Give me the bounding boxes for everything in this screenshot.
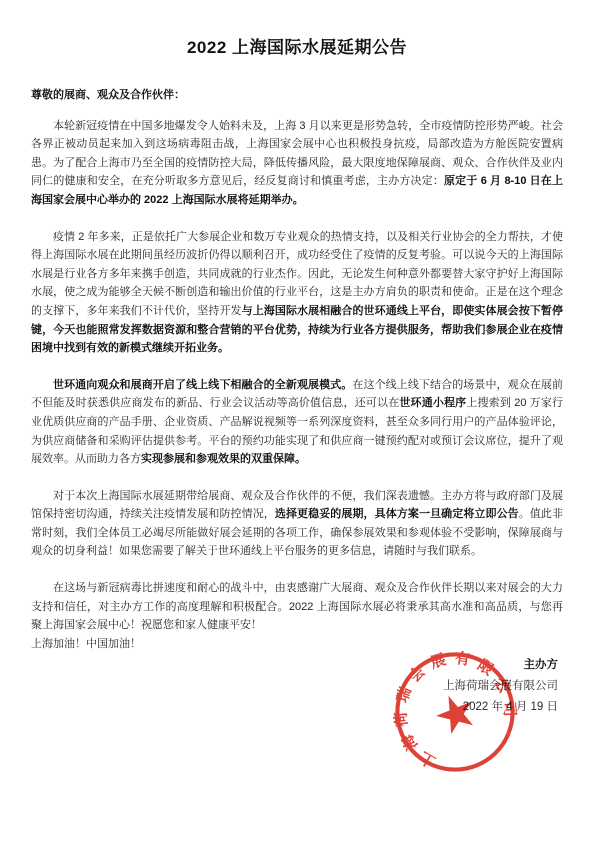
text-run-bold: 实现参展和参观效果的双重保障。: [141, 453, 306, 465]
signature-date: 2022 年 4 月 19 日: [443, 697, 558, 718]
announcement-page: 2022 上海国际水展延期公告 尊敬的展商、观众及合作伙伴： 本轮新冠疫情在中国…: [0, 0, 595, 842]
salutation: 尊敬的展商、观众及合作伙伴：: [31, 86, 563, 105]
paragraph-1: 本轮新冠疫情在中国多地爆发令人始料未及，上海 3 月以来更是形势急转，全市疫情防…: [31, 117, 563, 210]
paragraph-3: 世环通向观众和展商开启了线上线下相融合的全新观展模式。在这个线上线下结合的场景中…: [31, 376, 563, 469]
signature-block: 主办方 上海荷瑞会展有限公司 2022 年 4 月 19 日: [443, 655, 558, 718]
signature-company: 上海荷瑞会展有限公司: [443, 676, 558, 697]
text-run: 在这场与新冠病毒比拼速度和耐心的战斗中，由衷感谢广大展商、观众及合作伙伴长期以来…: [31, 582, 563, 631]
page-title: 2022 上海国际水展延期公告: [31, 36, 563, 60]
text-run-bold: 世环通向观众和展商开启了线上线下相融合的全新观展模式。: [53, 379, 352, 391]
signature-role: 主办方: [443, 655, 558, 676]
closing-slogan: 上海加油！中国加油！: [31, 635, 563, 654]
text-run-bold: 世环通小程序: [399, 397, 466, 409]
paragraph-4: 对于本次上海国际水展延期带给展商、观众及合作伙伴的不便，我们深表遗憾。主办方将与…: [31, 487, 563, 561]
paragraph-5: 在这场与新冠病毒比拼速度和耐心的战斗中，由衷感谢广大展商、观众及合作伙伴长期以来…: [31, 579, 563, 635]
paragraph-2: 疫情 2 年多来，正是依托广大参展企业和数万专业观众的热情支持，以及相关行业协会…: [31, 228, 563, 358]
text-run-bold: 选择更稳妥的展期，具体方案一旦确定将立即公告: [275, 508, 519, 520]
